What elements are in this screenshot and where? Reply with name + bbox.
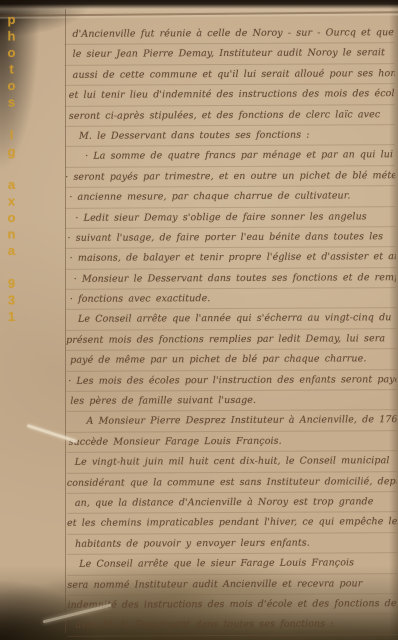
manuscript-line: · Monsieur le Desservant dans toutes ses… xyxy=(66,268,396,290)
manuscript-line: · Ledit sieur Demay s'oblige de faire so… xyxy=(65,207,395,229)
paper-fold-crease xyxy=(0,11,398,17)
manuscript-line: payé de même par un pichet de blé par ch… xyxy=(66,349,396,371)
manuscript-line: et lui tenir lieu d'indemnité des instru… xyxy=(65,84,395,106)
manuscript-line: avec M. le Desservant dans toutes ses fo… xyxy=(67,614,397,636)
manuscript-text-block: d'Ancienville fut réunie à celle de Noro… xyxy=(64,23,397,636)
manuscript-line: seront ci-après stipulées, et des foncti… xyxy=(65,105,395,127)
manuscript-line: Le Conseil arrête que le sieur Farage Lo… xyxy=(67,553,397,575)
document-photo: photos lg axona 931 d'Ancienville fut ré… xyxy=(0,0,398,640)
manuscript-line: présent mois des fonctions remplies par … xyxy=(66,329,396,351)
manuscript-line: les pères de famille suivant l'usage. xyxy=(66,390,396,412)
manuscript-line: · seront payés par trimestre, et en outr… xyxy=(65,166,395,188)
manuscript-line: an, que la distance d'Ancienville à Noro… xyxy=(67,492,397,514)
manuscript-line: · ancienne mesure, par chaque charrue de… xyxy=(65,186,395,208)
manuscript-line: d'Ancienville fut réunie à celle de Noro… xyxy=(64,23,394,45)
manuscript-line: A Monsieur Pierre Desprez Instituteur à … xyxy=(66,411,396,433)
manuscript-line: · fonctions avec exactitude. xyxy=(66,288,396,310)
manuscript-line: succède Monsieur Farage Louis François. xyxy=(67,431,397,453)
manuscript-line: sera nommé Instituteur audit Ancienville… xyxy=(67,574,397,596)
manuscript-line: Le vingt-huit juin mil huit cent dix-hui… xyxy=(67,451,397,473)
manuscript-line: aussi de cette commune et qu'il lui sera… xyxy=(65,64,395,86)
manuscript-line: Le Conseil arrête que l'année qui s'éche… xyxy=(66,309,396,331)
manuscript-line: · La somme de quatre francs par ménage e… xyxy=(65,145,395,167)
manuscript-line: habitants de pouvoir y envoyer leurs enf… xyxy=(67,533,397,555)
manuscript-line: · Les mois des écoles pour l'instruction… xyxy=(66,370,396,392)
manuscript-line: considérant que la commune est sans Inst… xyxy=(67,472,397,494)
manuscript-line: · maisons, de balayer et tenir propre l'… xyxy=(66,247,396,269)
photo-watermark: photos lg axona 931 xyxy=(4,12,19,312)
manuscript-line: M. le Desservant dans toutes ses fonctio… xyxy=(65,125,395,147)
manuscript-line: · suivant l'usage, de faire porter l'eau… xyxy=(65,227,395,249)
manuscript-line: le sieur Jean Pierre Demay, Instituteur … xyxy=(65,44,395,66)
manuscript-line: et les chemins impraticables pendant l'h… xyxy=(67,513,397,535)
manuscript-line: indemnité des instructions des mois d'éc… xyxy=(67,594,397,616)
